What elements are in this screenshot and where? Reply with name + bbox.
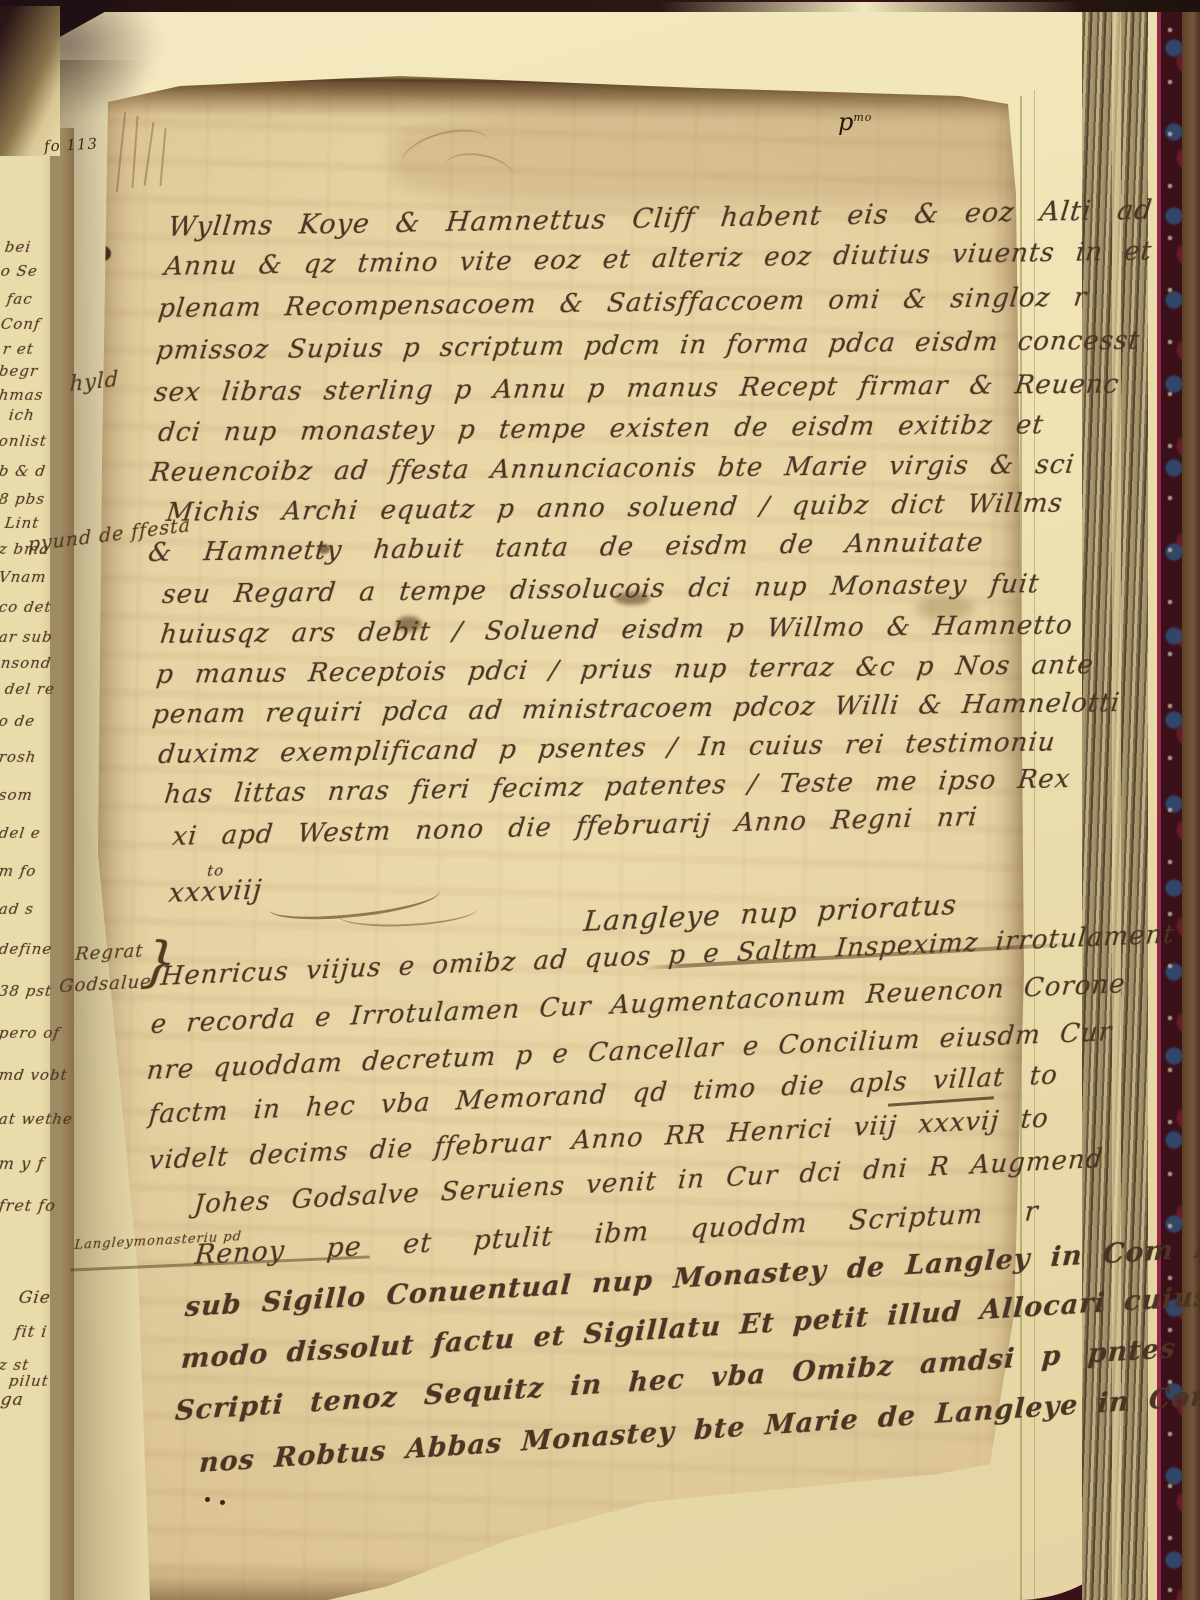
table-edge: [1182, 0, 1200, 1600]
binding-shadow-top: [0, 0, 1200, 12]
fore-edge-highlight: [1112, 0, 1121, 1600]
corner-quire-mark: pmo: [838, 108, 872, 136]
ink-spot: [318, 544, 330, 554]
quire-mark-superscript: mo: [853, 111, 872, 124]
manuscript-photograph: fo 113 pmo beio SefacConfr etbegrhmasich…: [0, 0, 1200, 1600]
quire-mark-letter: p: [838, 108, 853, 136]
stain: [614, 592, 650, 605]
gutter-top-transition: [0, 6, 60, 156]
ink-showthrough: [88, 74, 1028, 1600]
stain: [916, 596, 974, 620]
manuscript-page: [88, 74, 1028, 1600]
cover-edge-line: [1157, 0, 1161, 1600]
emphasis-dot: [205, 1497, 210, 1502]
stain: [396, 616, 422, 632]
offset-stain: [392, 112, 1116, 206]
emphasis-dot: [220, 1500, 225, 1505]
folio-number: fo 113: [44, 135, 99, 156]
under-page-edge: [1034, 90, 1035, 1600]
